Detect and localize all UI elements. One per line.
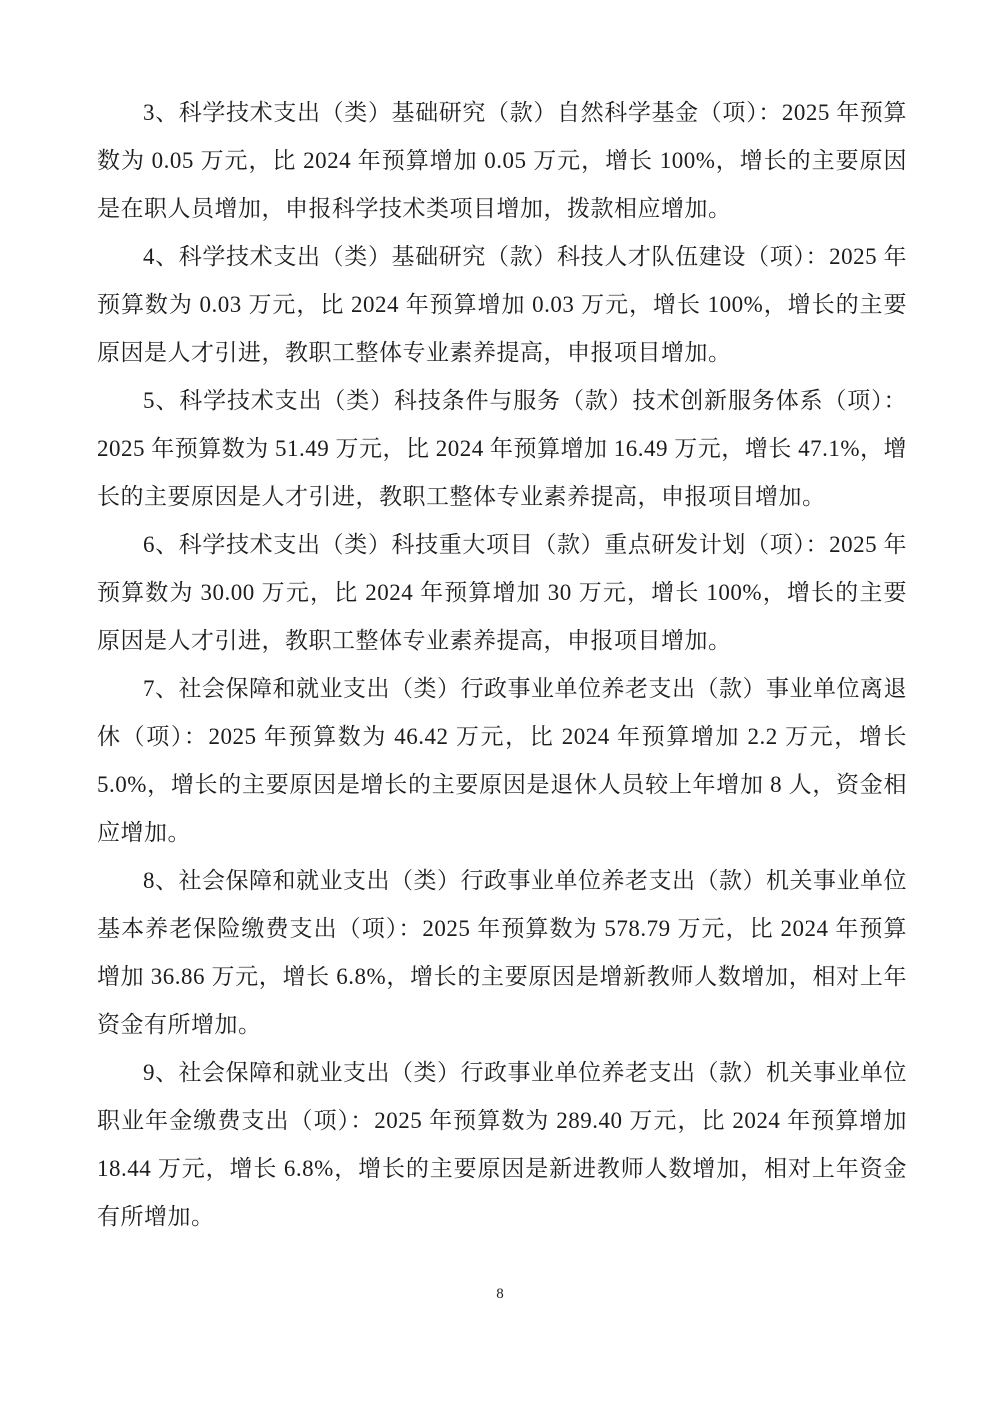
budget-item-paragraph-9: 9、社会保障和就业支出（类）行政事业单位养老支出（款）机关事业单位职业年金缴费支… — [97, 1049, 907, 1241]
budget-item-paragraph-8: 8、社会保障和就业支出（类）行政事业单位养老支出（款）机关事业单位基本养老保险缴… — [97, 857, 907, 1049]
document-page: 3、科学技术支出（类）基础研究（款）自然科学基金（项）：2025 年预算数为 0… — [0, 0, 1000, 1415]
budget-item-paragraph-3: 3、科学技术支出（类）基础研究（款）自然科学基金（项）：2025 年预算数为 0… — [97, 89, 907, 233]
page-number: 8 — [0, 1286, 1000, 1303]
budget-item-paragraph-4: 4、科学技术支出（类）基础研究（款）科技人才队伍建设（项）：2025 年预算数为… — [97, 233, 907, 377]
budget-item-paragraph-7: 7、社会保障和就业支出（类）行政事业单位养老支出（款）事业单位离退休（项）：20… — [97, 665, 907, 857]
budget-item-paragraph-5: 5、科学技术支出（类）科技条件与服务（款）技术创新服务体系（项）：2025 年预… — [97, 377, 907, 521]
budget-item-paragraph-6: 6、科学技术支出（类）科技重大项目（款）重点研发计划（项）：2025 年预算数为… — [97, 521, 907, 665]
document-body: 3、科学技术支出（类）基础研究（款）自然科学基金（项）：2025 年预算数为 0… — [97, 89, 907, 1241]
